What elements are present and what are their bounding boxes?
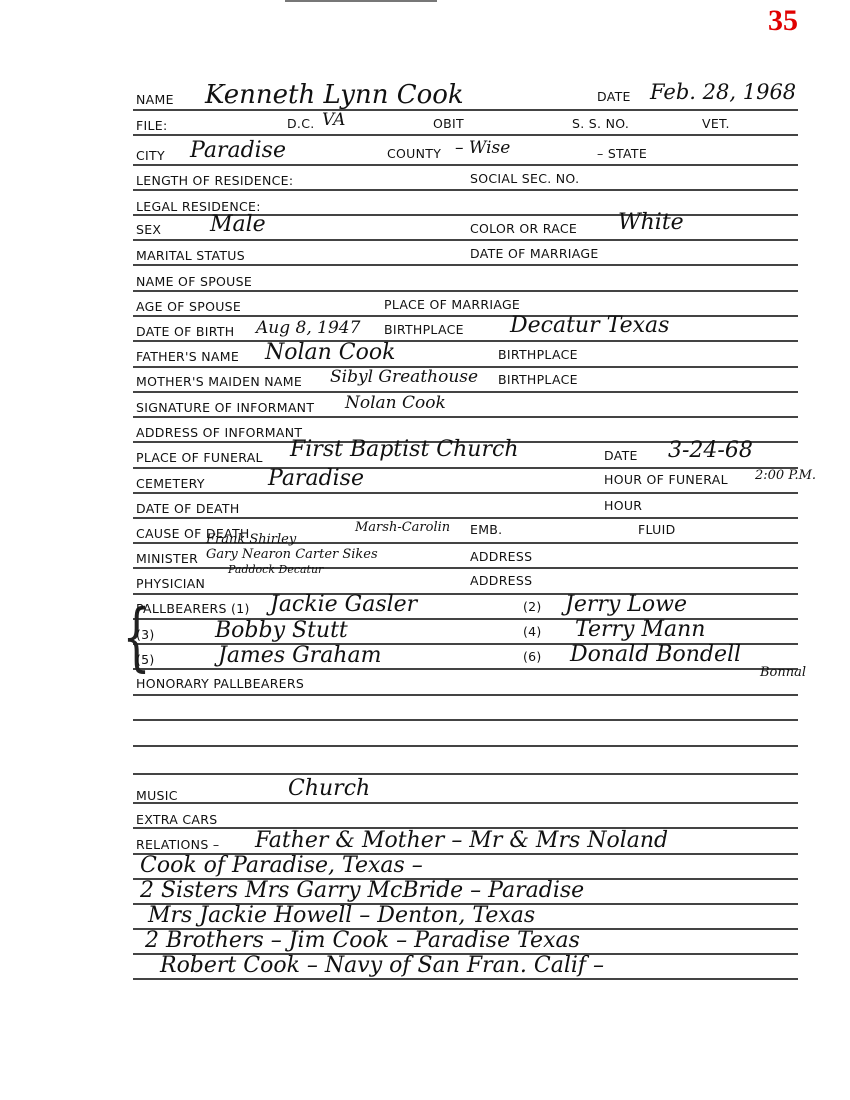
value-dc: VA xyxy=(322,110,345,130)
label-mother-birthplace: BIRTHPLACE xyxy=(498,372,578,387)
rule xyxy=(133,467,798,469)
value-minister-2: Gary Nearon Carter Sikes xyxy=(206,547,378,562)
label-file: FILE: xyxy=(136,118,167,133)
label-name: NAME xyxy=(136,92,174,107)
label-dob: DATE OF BIRTH xyxy=(136,324,234,339)
value-race: White xyxy=(618,210,684,235)
value-relations-line-3: 2 Sisters Mrs Garry McBride – Paradise xyxy=(140,878,584,903)
value-funeral-hour: 2:00 P.M. xyxy=(755,468,816,483)
value-relations-line-5: 2 Brothers – Jim Cook – Paradise Texas xyxy=(145,928,580,953)
label-cemetery: CEMETERY xyxy=(136,476,205,491)
top-rule xyxy=(285,0,437,2)
label-state: – STATE xyxy=(597,146,647,161)
label-vet: VET. xyxy=(702,116,730,131)
value-relations-line-2: Cook of Paradise, Texas – xyxy=(140,853,423,878)
rule xyxy=(133,315,798,317)
value-pallbearer-5: James Graham xyxy=(218,643,381,668)
label-place-marriage: PLACE OF MARRIAGE xyxy=(384,297,520,312)
value-informant-sig: Nolan Cook xyxy=(345,393,446,413)
label-father: FATHER'S NAME xyxy=(136,349,239,364)
value-relations-line-6: Robert Cook – Navy of San Fran. Calif – xyxy=(160,953,604,978)
label-county: COUNTY xyxy=(387,146,441,161)
label-physician-address: ADDRESS xyxy=(470,573,532,588)
label-p3: (3) xyxy=(136,627,155,642)
value-cemetery: Paradise xyxy=(268,466,364,491)
label-father-birthplace: BIRTHPLACE xyxy=(498,347,578,362)
value-name: Kenneth Lynn Cook xyxy=(205,80,464,110)
label-physician: PHYSICIAN xyxy=(136,576,205,591)
rule xyxy=(133,978,798,980)
label-p6: (6) xyxy=(523,649,542,664)
label-marital: MARITAL STATUS xyxy=(136,248,245,263)
value-sex: Male xyxy=(210,212,266,237)
label-obit: OBIT xyxy=(433,116,464,131)
value-birthplace: Decatur Texas xyxy=(510,313,669,338)
value-music: Church xyxy=(288,776,370,801)
value-pallbearer-1: Jackie Gasler xyxy=(270,592,417,617)
label-race: COLOR OR RACE xyxy=(470,221,577,236)
label-funeral-place: PLACE OF FUNERAL xyxy=(136,450,263,465)
label-extra-cars: EXTRA CARS xyxy=(136,812,217,827)
label-birthplace: BIRTHPLACE xyxy=(384,322,464,337)
label-dc: D.C. xyxy=(287,116,315,131)
rule xyxy=(133,694,798,696)
value-relations-line-1: Father & Mother – Mr & Mrs Noland xyxy=(255,828,668,853)
label-minister: MINISTER xyxy=(136,551,198,566)
label-emb: EMB. xyxy=(470,522,502,537)
label-ssno: S. S. NO. xyxy=(572,116,629,131)
value-mother: Sibyl Greathouse xyxy=(330,367,478,387)
label-sex: SEX xyxy=(136,222,161,237)
value-funeral-place: First Baptist Church xyxy=(290,437,519,462)
rule xyxy=(133,802,798,804)
rule xyxy=(133,668,798,670)
value-county: – Wise xyxy=(455,138,510,158)
value-cause-note: Marsh-Carolin xyxy=(355,520,450,535)
label-relations: RELATIONS – xyxy=(136,837,219,852)
label-spouse-name: NAME OF SPOUSE xyxy=(136,274,252,289)
value-father: Nolan Cook xyxy=(265,340,395,365)
rule xyxy=(133,416,798,418)
rule xyxy=(133,391,798,393)
rule xyxy=(133,239,798,241)
rule xyxy=(133,189,798,191)
label-p4: (4) xyxy=(523,624,542,639)
value-date: Feb. 28, 1968 xyxy=(650,80,796,104)
rule xyxy=(133,290,798,292)
value-dob: Aug 8, 1947 xyxy=(256,318,360,338)
label-death-date: DATE OF DEATH xyxy=(136,501,240,516)
value-city: Paradise xyxy=(190,138,286,163)
label-funeral-date: DATE xyxy=(604,448,638,463)
value-pallbearer-6: Donald Bondell xyxy=(570,642,741,667)
label-fluid: FLUID xyxy=(638,522,676,537)
label-pallbearers: PALLBEARERS (1) xyxy=(136,601,250,616)
label-informant-addr: ADDRESS OF INFORMANT xyxy=(136,425,302,440)
label-informant-sig: SIGNATURE OF INFORMANT xyxy=(136,400,314,415)
label-honorary: HONORARY PALLBEARERS xyxy=(136,676,304,691)
rule xyxy=(133,745,798,747)
value-pallbearer-3: Bobby Stutt xyxy=(215,618,348,643)
rule xyxy=(133,492,798,494)
label-p5: (5) xyxy=(136,652,155,667)
label-social: SOCIAL SEC. NO. xyxy=(470,171,579,186)
rule xyxy=(133,164,798,166)
rule xyxy=(133,593,798,595)
value-funeral-date: 3-24-68 xyxy=(668,438,753,463)
value-minister-3: Paddock Decatur xyxy=(228,563,323,576)
label-date-marriage: DATE OF MARRIAGE xyxy=(470,246,599,261)
rule xyxy=(133,773,798,775)
value-minister-1: Frank Shirley xyxy=(206,532,296,547)
label-mother: MOTHER'S MAIDEN NAME xyxy=(136,374,302,389)
label-minister-address: ADDRESS xyxy=(470,549,532,564)
value-relations-line-4: Mrs Jackie Howell – Denton, Texas xyxy=(148,903,535,928)
label-hour: HOUR xyxy=(604,498,642,513)
label-length-res: LENGTH OF RESIDENCE: xyxy=(136,173,293,188)
value-pallbearer-2: Jerry Lowe xyxy=(565,592,687,617)
label-spouse-age: AGE OF SPOUSE xyxy=(136,299,241,314)
value-pallbearer-6b: Bonnal xyxy=(760,665,806,680)
rule xyxy=(133,264,798,266)
label-p2: (2) xyxy=(523,599,542,614)
rule xyxy=(133,517,798,519)
rule xyxy=(133,340,798,342)
label-date: DATE xyxy=(597,89,631,104)
label-music: MUSIC xyxy=(136,788,178,803)
label-funeral-hour: HOUR OF FUNERAL xyxy=(604,472,728,487)
page-number: 35 xyxy=(768,4,798,38)
rule xyxy=(133,134,798,136)
value-pallbearer-4: Terry Mann xyxy=(575,617,705,642)
rule xyxy=(133,719,798,721)
label-city: CITY xyxy=(136,148,165,163)
